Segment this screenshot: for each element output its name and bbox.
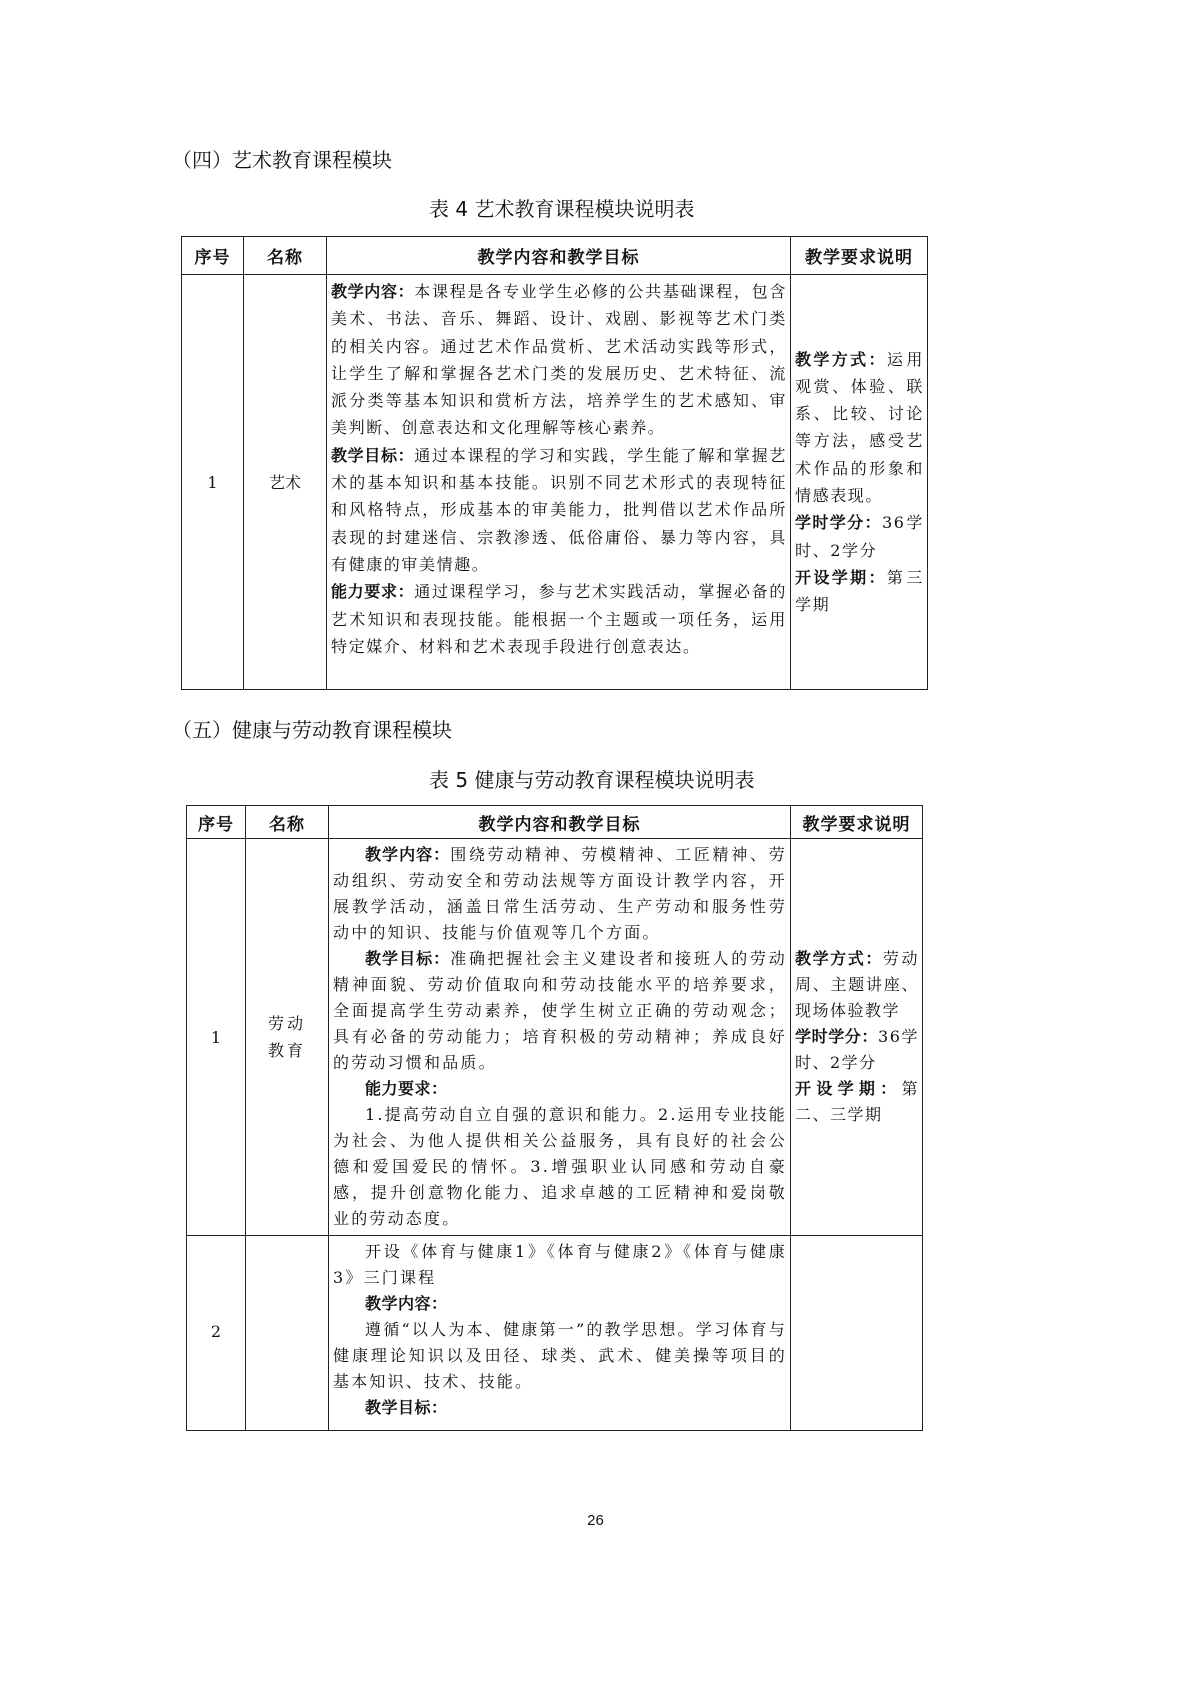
row-course-name: 艺术	[244, 275, 327, 690]
header-requirements: 教学要求说明	[791, 237, 928, 275]
semester: 开设学期：第二、三学期	[795, 1076, 919, 1128]
content-paragraph: 遵循“以人为本、健康第一”的教学思想。学习体育与健康理论知识以及田径、球类、武术…	[333, 1317, 787, 1395]
row-course-name: 劳动 教育	[246, 839, 329, 1236]
row-content: 教学内容：围绕劳动精神、劳模精神、工匠精神、劳动组织、劳动安全和劳动法规等方面设…	[329, 839, 791, 1236]
row-course-name	[246, 1236, 329, 1431]
row-content: 开设《体育与健康1》《体育与健康2》《体育与健康3》三门课程 教学内容： 遵循“…	[329, 1236, 791, 1431]
row-requirements	[791, 1236, 923, 1431]
content-paragraph: 教学内容：本课程是各专业学生必修的公共基础课程，包含美术、书法、音乐、舞蹈、设计…	[331, 278, 787, 442]
table-header-row: 序号 名称 教学内容和教学目标 教学要求说明	[182, 237, 928, 275]
content-paragraph: 教学内容：围绕劳动精神、劳模精神、工匠精神、劳动组织、劳动安全和劳动法规等方面设…	[333, 842, 787, 946]
ability-paragraph: 能力要求：通过课程学习，参与艺术实践活动，掌握必备的艺术知识和表现技能。能根据一…	[331, 578, 787, 660]
header-content: 教学内容和教学目标	[329, 806, 791, 839]
teaching-method: 教学方式：劳动周、主题讲座、现场体验教学	[795, 946, 919, 1024]
page-number: 26	[0, 1512, 1191, 1529]
ability-label: 能力要求：	[331, 582, 414, 601]
header-requirements: 教学要求说明	[791, 806, 923, 839]
ability-heading: 能力要求：	[333, 1076, 787, 1102]
content-label: 教学内容：	[331, 282, 414, 301]
goal-paragraph: 教学目标：通过本课程的学习和实践，学生能了解和掌握艺术的基本知识和基本技能。识别…	[331, 442, 787, 578]
content-heading: 教学内容：	[333, 1291, 787, 1317]
hours-credits: 学时学分：36学时、2学分	[795, 509, 924, 564]
row-requirements: 教学方式：劳动周、主题讲座、现场体验教学 学时学分：36学时、2学分 开设学期：…	[791, 839, 923, 1236]
art-module-table: 序号 名称 教学内容和教学目标 教学要求说明 1 艺术 教学内容：本课程是各专业…	[181, 236, 928, 690]
semester: 开设学期：第三学期	[795, 564, 924, 619]
table-header-row: 序号 名称 教学内容和教学目标 教学要求说明	[187, 806, 923, 839]
goal-heading: 教学目标：	[333, 1395, 787, 1421]
section-heading-art: （四）艺术教育课程模块	[172, 144, 392, 173]
health-labor-module-table: 序号 名称 教学内容和教学目标 教学要求说明 1 劳动 教育 教学内容：围绕劳动…	[186, 805, 923, 1431]
table-row: 1 艺术 教学内容：本课程是各专业学生必修的公共基础课程，包含美术、书法、音乐、…	[182, 275, 928, 690]
table-row: 2 开设《体育与健康1》《体育与健康2》《体育与健康3》三门课程 教学内容： 遵…	[187, 1236, 923, 1431]
header-name: 名称	[246, 806, 329, 839]
header-content: 教学内容和教学目标	[327, 237, 791, 275]
row-requirements: 教学方式：运用观赏、体验、联系、比较、讨论等方法，感受艺术作品的形象和情感表现。…	[791, 275, 928, 690]
section-heading-health-labor: （五）健康与劳动教育课程模块	[172, 714, 452, 743]
goal-label: 教学目标：	[331, 446, 414, 465]
table-caption-5: 表 5 健康与劳动教育课程模块说明表	[429, 764, 754, 793]
row-index: 1	[182, 275, 244, 690]
header-index: 序号	[182, 237, 244, 275]
header-name: 名称	[244, 237, 327, 275]
course-list-paragraph: 开设《体育与健康1》《体育与健康2》《体育与健康3》三门课程	[333, 1239, 787, 1291]
row-index: 2	[187, 1236, 246, 1431]
teaching-method: 教学方式：运用观赏、体验、联系、比较、讨论等方法，感受艺术作品的形象和情感表现。	[795, 346, 924, 510]
header-index: 序号	[187, 806, 246, 839]
row-index: 1	[187, 839, 246, 1236]
row-content: 教学内容：本课程是各专业学生必修的公共基础课程，包含美术、书法、音乐、舞蹈、设计…	[327, 275, 791, 690]
table-row: 1 劳动 教育 教学内容：围绕劳动精神、劳模精神、工匠精神、劳动组织、劳动安全和…	[187, 839, 923, 1236]
table-caption-4: 表 4 艺术教育课程模块说明表	[429, 193, 694, 222]
ability-paragraph: 1.提高劳动自立自强的意识和能力。2.运用专业技能为社会、为他人提供相关公益服务…	[333, 1102, 787, 1232]
hours-credits: 学时学分：36学时、2学分	[795, 1024, 919, 1076]
goal-paragraph: 教学目标：准确把握社会主义建设者和接班人的劳动精神面貌、劳动价值取向和劳动技能水…	[333, 946, 787, 1076]
